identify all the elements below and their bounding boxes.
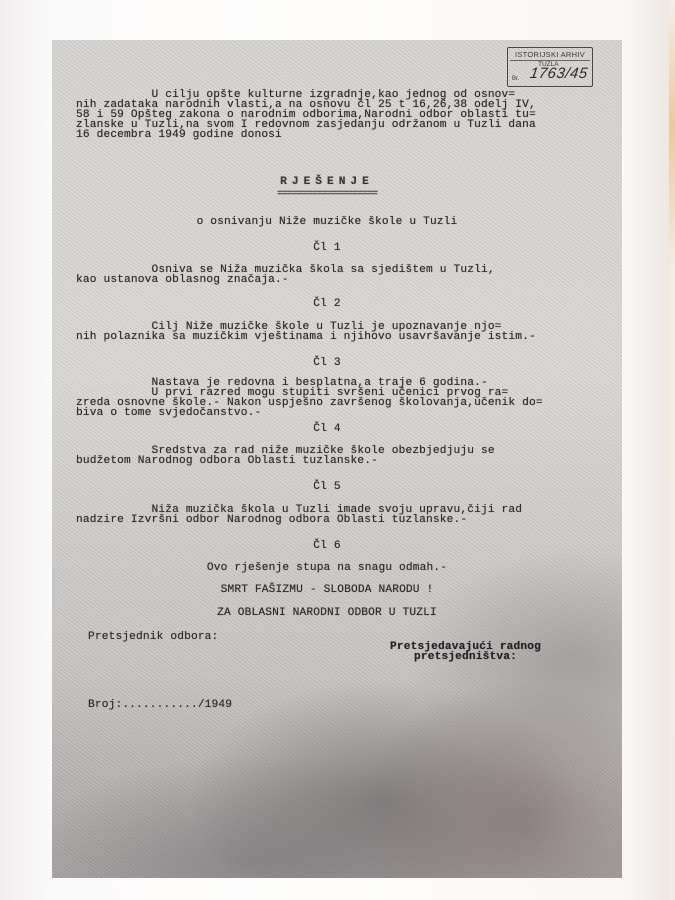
signature-right-label: pretsjedništva: bbox=[414, 652, 517, 662]
issuer: ZA OBLASNI NARODNI ODBOR U TUZLI bbox=[42, 608, 612, 618]
article-line: nadzire Izvršni odbor Narodnog odbora Ob… bbox=[76, 515, 467, 525]
archive-stamp: ISTORIJSKI ARHIV TUZLA Br. 1763/45 bbox=[507, 47, 593, 87]
reference-number: Broj:...........​/1949 bbox=[88, 700, 232, 710]
article-heading: Čl 5 bbox=[42, 482, 612, 492]
article-heading: Čl 6 bbox=[42, 541, 612, 551]
stamp-number: 1763/45 bbox=[529, 65, 589, 82]
article-heading: Čl 2 bbox=[42, 299, 612, 309]
stamp-number-prefix: Br. bbox=[512, 76, 519, 82]
article-heading: Čl 4 bbox=[42, 424, 612, 434]
document-subtitle: o osnivanju Niže muzičke škole u Tuzli bbox=[42, 217, 612, 227]
article-heading: Čl 3 bbox=[42, 358, 612, 368]
title-underline: ==================== bbox=[42, 190, 612, 200]
signature-left-label: Pretsjednik odbora: bbox=[88, 632, 218, 642]
article-line: Ovo rješenje stupa na snagu odmah.- bbox=[42, 563, 612, 573]
article-line: nih polaznika sa muzičkim vještinama i n… bbox=[76, 332, 536, 342]
article-line: budžetom Narodnog odbora Oblasti tuzlans… bbox=[76, 456, 378, 466]
document-title: RJEŠENJE bbox=[42, 177, 612, 187]
stamp-title: ISTORIJSKI ARHIV bbox=[508, 50, 592, 59]
article-heading: Čl 1 bbox=[42, 243, 612, 253]
slogan: SMRT FAŠIZMU - SLOBODA NARODU ! bbox=[42, 585, 612, 595]
document-sheet: ISTORIJSKI ARHIV TUZLA Br. 1763/45 U cil… bbox=[52, 40, 622, 878]
article-line: biva o tome svjedočanstvo.- bbox=[76, 408, 261, 418]
article-line: kao ustanova oblasnog značaja.- bbox=[76, 275, 289, 285]
preamble-line: 16 decembra 1949 godine donosi bbox=[76, 130, 282, 140]
adjacent-page-edge bbox=[669, 0, 675, 900]
